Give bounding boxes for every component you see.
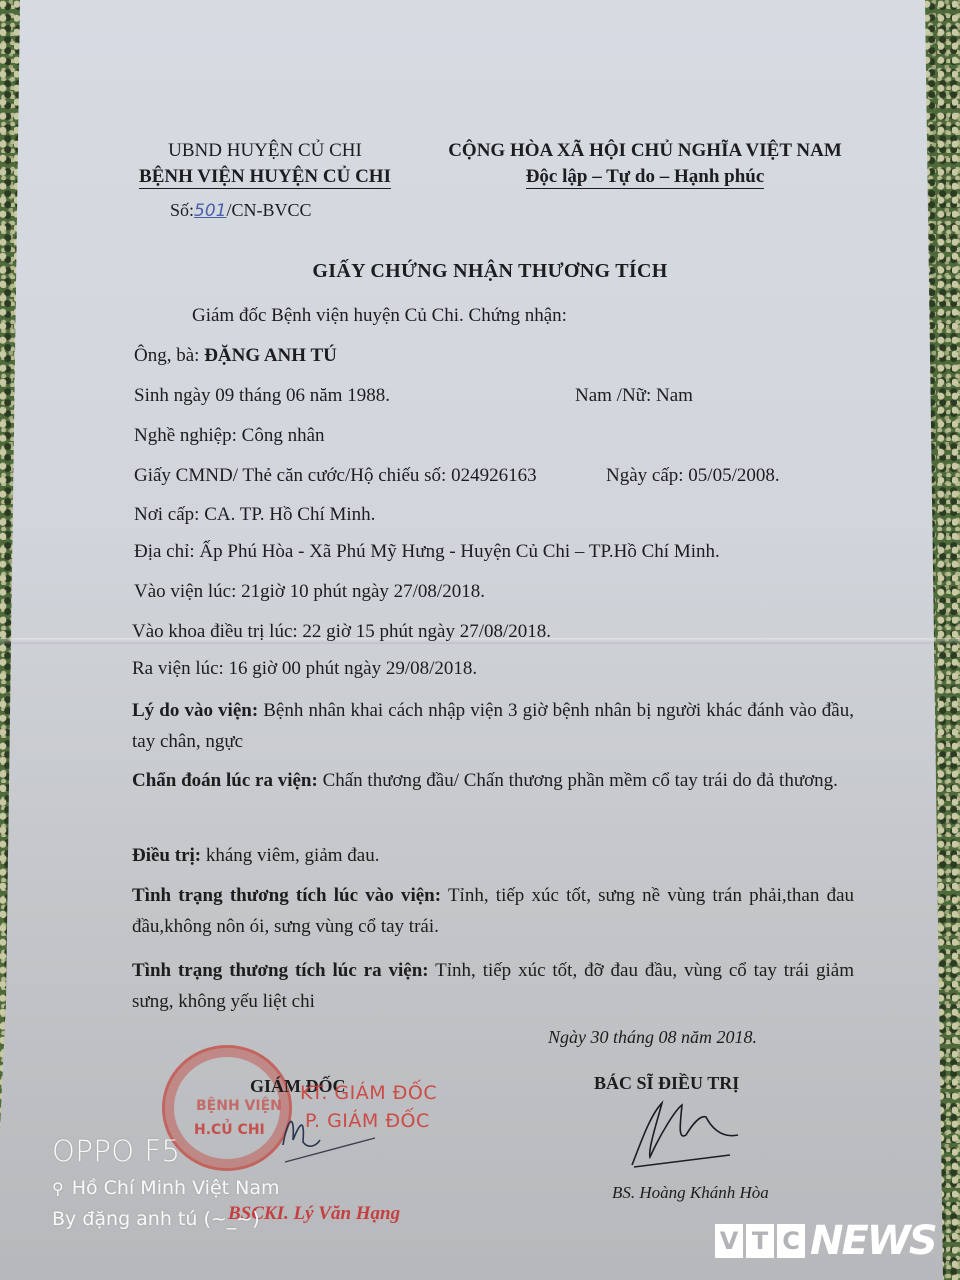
injury-status-on-discharge: Tình trạng thương tích lúc ra viện: Tỉnh… (132, 955, 854, 1017)
director-signature-icon (265, 1100, 385, 1170)
country-name: CỘNG HÒA XÃ HỘI CHỦ NGHĨA VIỆT NAM (420, 138, 870, 164)
patient-name: ĐẶNG ANH TÚ (204, 345, 337, 366)
signing-date: Ngày 30 tháng 08 năm 2018. (548, 1027, 757, 1048)
address-field: Địa chỉ: Ấp Phú Hòa - Xã Phú Mỹ Hưng - H… (134, 541, 720, 563)
logo-word-news: NEWS (810, 1224, 936, 1258)
injury-status-on-admission: Tình trạng thương tích lúc vào viện: Tỉn… (132, 880, 854, 942)
national-motto: Độc lập – Tự do – Hạnh phúc (420, 164, 870, 190)
issuer-district: UBND HUYỆN CỦ CHI (120, 138, 410, 164)
occupation-field: Nghề nghiệp: Công nhân (134, 425, 325, 447)
seal-text-district: H.CỦ CHI (194, 1122, 265, 1138)
doctor-signature-icon (620, 1095, 750, 1175)
document-title: GIẤY CHỨNG NHẬN THƯƠNG TÍCH (0, 260, 960, 283)
doctor-title: BÁC SĨ ĐIỀU TRỊ (594, 1073, 739, 1094)
intro-line: Giám đốc Bệnh viện huyện Củ Chi. Chứng n… (192, 305, 567, 327)
location-pin-icon: ⚲ (52, 1179, 64, 1198)
issuer-hospital: BỆNH VIỆN HUYỆN CỦ CHI (120, 164, 410, 190)
author-watermark: By đặng anh tú (~_~) (52, 1208, 260, 1230)
logo-letter-t: T (746, 1224, 774, 1258)
patient-name-line: Ông, bà: ĐẶNG ANH TÚ (134, 345, 337, 367)
ward-admission-time: Vào khoa điều trị lúc: 22 giờ 15 phút ng… (132, 621, 551, 643)
camera-model-watermark: OPPO F5 (52, 1134, 180, 1168)
discharge-time: Ra viện lúc: 16 giờ 00 phút ngày 29/08/2… (132, 658, 477, 680)
logo-letter-c: C (777, 1224, 805, 1258)
vtc-news-logo: V T C NEWS (715, 1224, 936, 1258)
national-motto-block: CỘNG HÒA XÃ HỘI CHỦ NGHĨA VIỆT NAM Độc l… (420, 138, 870, 190)
location-watermark: ⚲Hồ Chí Minh Việt Nam (52, 1177, 280, 1199)
logo-letter-v: V (715, 1224, 743, 1258)
id-number-field: Giấy CMND/ Thẻ căn cước/Hộ chiếu số: 024… (134, 465, 537, 487)
id-issue-place: Nơi cấp: CA. TP. Hồ Chí Minh. (134, 504, 375, 526)
admission-time: Vào viện lúc: 21giờ 10 phút ngày 27/08/2… (134, 581, 485, 603)
reason-for-admission: Lý do vào viện: Bệnh nhân khai cách nhập… (132, 695, 854, 757)
date-of-birth: Sinh ngày 09 tháng 06 năm 1988. (134, 385, 390, 407)
sex-field: Nam /Nữ: Nam (575, 385, 693, 407)
treatment: Điều trị: kháng viêm, giảm đau. (132, 840, 854, 871)
discharge-diagnosis: Chẩn đoán lúc ra viện: Chấn thương đầu/ … (132, 765, 854, 796)
doctor-signer-name: BS. Hoàng Khánh Hòa (612, 1183, 769, 1203)
handwritten-number: 501 (194, 201, 226, 221)
issuer-block: UBND HUYỆN CỦ CHI BỆNH VIỆN HUYỆN CỦ CHI (120, 138, 410, 190)
document-number: Số:501/CN-BVCC (170, 200, 312, 221)
id-issue-date: Ngày cấp: 05/05/2008. (606, 465, 780, 487)
